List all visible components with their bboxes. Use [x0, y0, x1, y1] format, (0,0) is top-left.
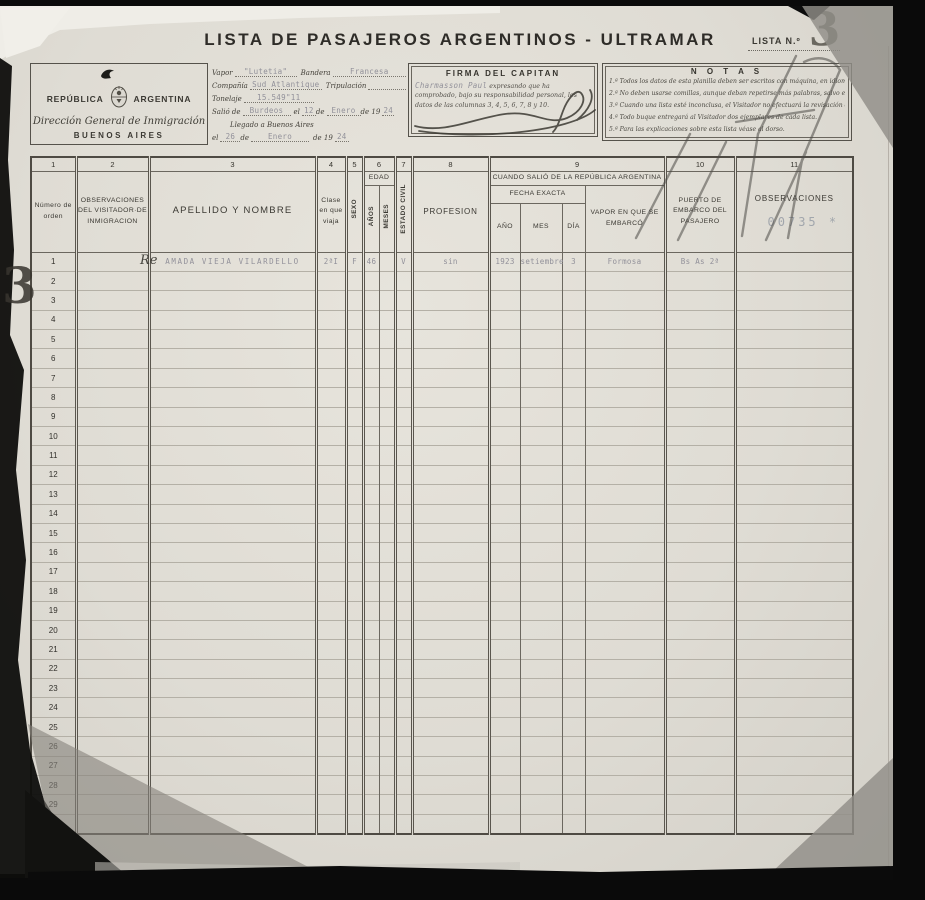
table-row: 23 [31, 679, 853, 698]
cell-visitador [76, 310, 149, 329]
cell-vapor [585, 795, 665, 814]
cell-clase [316, 543, 346, 562]
cell-ano [489, 659, 520, 678]
table-body: 1 Re AMADA VIEJA VILARDELLO 2ªI F 46 V s… [31, 252, 853, 834]
cell-clase [316, 427, 346, 446]
cell-nombre [149, 388, 316, 407]
cell-mes [520, 679, 562, 698]
header-profesion: PROFESION [412, 171, 489, 252]
cell-anos [363, 698, 379, 717]
cell-meses [379, 737, 395, 756]
cell-sexo [346, 543, 363, 562]
cell-nombre [149, 776, 316, 795]
cell-numero: 30 [31, 814, 76, 833]
cell-sexo: F [346, 252, 363, 271]
cell-dia [562, 368, 585, 387]
passenger-table: 1 2 3 4 5 6 7 8 9 10 11 Número de orden … [30, 156, 854, 835]
cell-anos [363, 368, 379, 387]
cell-nombre [149, 814, 316, 833]
cell-estado [395, 562, 412, 581]
cell-observaciones [735, 252, 853, 271]
cell-visitador [76, 465, 149, 484]
cell-ano [489, 679, 520, 698]
cell-estado [395, 620, 412, 639]
header-edad: EDAD [363, 171, 395, 185]
cell-profesion [412, 543, 489, 562]
cell-observaciones [735, 562, 853, 581]
cell-visitador [76, 698, 149, 717]
cell-numero: 24 [31, 698, 76, 717]
cell-meses [379, 795, 395, 814]
llegado-label: Llegado a Buenos Aires [230, 121, 316, 129]
cell-puerto [665, 388, 735, 407]
cell-visitador [76, 795, 149, 814]
notas-box: N O T A S 1.ª Todos los datos de esta pl… [602, 63, 852, 141]
cell-anos [363, 465, 379, 484]
cell-mes [520, 368, 562, 387]
cell-anos [363, 795, 379, 814]
cell-meses [379, 717, 395, 736]
col-number: 5 [346, 157, 363, 171]
cell-puerto [665, 330, 735, 349]
cell-meses [379, 407, 395, 426]
cell-observaciones [735, 271, 853, 290]
header-numero: Número de orden [31, 171, 76, 252]
cell-vapor [585, 679, 665, 698]
cell-clase [316, 485, 346, 504]
table-row: 8 [31, 388, 853, 407]
cell-clase [316, 737, 346, 756]
cell-numero: 10 [31, 427, 76, 446]
table-row: 3 [31, 291, 853, 310]
cell-puerto [665, 795, 735, 814]
cell-sexo [346, 310, 363, 329]
cell-vapor [585, 717, 665, 736]
cell-clase [316, 659, 346, 678]
cell-vapor [585, 388, 665, 407]
cell-vapor [585, 756, 665, 775]
table-row: 20 [31, 620, 853, 639]
cell-profesion [412, 562, 489, 581]
cell-nombre [149, 659, 316, 678]
cell-dia [562, 620, 585, 639]
cell-estado [395, 640, 412, 659]
cell-profesion [412, 737, 489, 756]
cell-anos [363, 310, 379, 329]
vapor-line: Vapor "Lutetia" Bandera Francesa [212, 64, 406, 77]
cell-sexo [346, 814, 363, 833]
cell-clase [316, 582, 346, 601]
cell-dia [562, 698, 585, 717]
cell-puerto [665, 465, 735, 484]
cell-sexo [346, 485, 363, 504]
cell-visitador [76, 427, 149, 446]
nota-line: 1.ª Todos los datos de esta planilla deb… [609, 76, 845, 88]
cell-clase [316, 271, 346, 290]
cell-puerto [665, 737, 735, 756]
cell-vapor [585, 330, 665, 349]
cell-clase [316, 717, 346, 736]
cell-puerto [665, 310, 735, 329]
salio-day-value: 12 [302, 106, 316, 116]
cell-mes [520, 562, 562, 581]
nota-line: 4.ª Todo buque entregará al Visitador do… [609, 112, 845, 124]
cell-meses [379, 776, 395, 795]
cell-meses [379, 698, 395, 717]
cell-visitador [76, 659, 149, 678]
table-row: 6 [31, 349, 853, 368]
cell-ano [489, 330, 520, 349]
cell-ano: 1923 [489, 252, 520, 271]
col-number: 2 [76, 157, 149, 171]
cell-sexo [346, 756, 363, 775]
argentina-coat-of-arms-icon [109, 86, 129, 112]
cell-profesion [412, 291, 489, 310]
compania-value: Sud Atlantique [250, 80, 322, 90]
cell-sexo [346, 465, 363, 484]
cell-observaciones [735, 465, 853, 484]
cell-mes [520, 776, 562, 795]
cell-meses [379, 349, 395, 368]
cell-mes [520, 543, 562, 562]
cell-observaciones [735, 388, 853, 407]
cell-sexo [346, 407, 363, 426]
table-row: 2 [31, 271, 853, 290]
cell-numero: 2 [31, 271, 76, 290]
cell-observaciones [735, 407, 853, 426]
cell-nombre [149, 368, 316, 387]
cell-estado [395, 523, 412, 542]
cell-visitador [76, 330, 149, 349]
cell-clase [316, 504, 346, 523]
cell-estado [395, 271, 412, 290]
cell-mes [520, 388, 562, 407]
nota-line: 2.ª No deben usarse comillas, aunque deb… [609, 88, 845, 100]
bandera-value: Francesa [333, 67, 406, 77]
cell-puerto [665, 504, 735, 523]
cell-observaciones [735, 543, 853, 562]
cell-estado [395, 698, 412, 717]
cell-nombre [149, 795, 316, 814]
header-cuando-salio: CUANDO SALIÓ DE LA REPÚBLICA ARGENTINA [489, 171, 665, 185]
cell-observaciones [735, 330, 853, 349]
cell-estado [395, 601, 412, 620]
header-estado-civil: ESTADO CIVIL [395, 171, 412, 252]
cell-dia [562, 388, 585, 407]
cell-puerto [665, 523, 735, 542]
salio-label: Salió de [212, 108, 243, 116]
table-row: 10 [31, 427, 853, 446]
cell-visitador [76, 349, 149, 368]
cell-estado [395, 291, 412, 310]
col-number: 11 [735, 157, 853, 171]
cell-vapor [585, 368, 665, 387]
cell-visitador: Re [76, 252, 149, 271]
cell-observaciones [735, 427, 853, 446]
cell-ano [489, 601, 520, 620]
cell-sexo [346, 737, 363, 756]
cell-nombre [149, 310, 316, 329]
cell-puerto [665, 562, 735, 581]
header-visitador: OBSERVACIONES DEL VISITADOR·DE INMIGRACI… [76, 171, 149, 252]
cell-dia [562, 601, 585, 620]
cell-anos [363, 330, 379, 349]
table-header: 1 2 3 4 5 6 7 8 9 10 11 Número de orden … [31, 157, 853, 252]
cell-sexo [346, 640, 363, 659]
cell-puerto [665, 659, 735, 678]
cell-sexo [346, 582, 363, 601]
cell-ano [489, 795, 520, 814]
cell-anos [363, 427, 379, 446]
cell-nombre [149, 582, 316, 601]
cell-dia [562, 465, 585, 484]
cell-visitador [76, 640, 149, 659]
cell-estado [395, 368, 412, 387]
cell-vapor: Formosa [585, 252, 665, 271]
cell-mes [520, 523, 562, 542]
cell-profesion [412, 601, 489, 620]
header-dia: DÍA [562, 203, 585, 252]
cell-numero: 29 [31, 795, 76, 814]
cell-anos: 46 [363, 252, 379, 271]
cell-dia [562, 562, 585, 581]
cell-visitador [76, 504, 149, 523]
cell-vapor [585, 776, 665, 795]
cell-estado [395, 795, 412, 814]
table-row: 26 [31, 737, 853, 756]
scanned-sheet: LISTA DE PASAJEROS ARGENTINOS - ULTRAMAR… [0, 6, 893, 874]
llegado-de19-label: de 19 [309, 134, 335, 142]
cell-profesion [412, 717, 489, 736]
cell-mes [520, 407, 562, 426]
cell-nombre [149, 485, 316, 504]
cell-observaciones [735, 349, 853, 368]
cell-clase [316, 368, 346, 387]
cell-visitador [76, 368, 149, 387]
cell-sexo [346, 368, 363, 387]
table-row: 12 [31, 465, 853, 484]
cell-estado [395, 330, 412, 349]
cell-nombre [149, 756, 316, 775]
llegado-date-line: el 26 de Enero de 19 24 [212, 129, 406, 142]
cell-visitador [76, 407, 149, 426]
cell-profesion [412, 523, 489, 542]
cell-mes [520, 330, 562, 349]
table-row: 16 [31, 543, 853, 562]
cell-dia [562, 310, 585, 329]
vapor-value: "Lutetia" [235, 67, 297, 77]
department-label: Dirección General de Inmigración [31, 116, 207, 127]
table-row: 19 [31, 601, 853, 620]
cell-nombre [149, 465, 316, 484]
cell-dia [562, 407, 585, 426]
cell-numero: 8 [31, 388, 76, 407]
cell-numero: 1 [31, 252, 76, 271]
llegado-day-value: 26 [220, 132, 240, 142]
cell-sexo [346, 446, 363, 465]
cell-dia [562, 271, 585, 290]
cell-numero: 27 [31, 756, 76, 775]
table-row: 18 [31, 582, 853, 601]
cell-mes [520, 504, 562, 523]
cell-visitador [76, 737, 149, 756]
cell-nombre [149, 543, 316, 562]
table-row: 29 [31, 795, 853, 814]
cell-meses [379, 814, 395, 833]
cell-ano [489, 543, 520, 562]
cell-dia: 3 [562, 252, 585, 271]
col-number: 9 [489, 157, 665, 171]
cell-observaciones [735, 737, 853, 756]
cell-mes [520, 446, 562, 465]
tonelaje-line: Tonelaje 15.549"11 [212, 90, 406, 103]
cell-nombre [149, 679, 316, 698]
cell-visitador [76, 271, 149, 290]
table-row: 11 [31, 446, 853, 465]
notas-title: N O T A S [609, 67, 845, 76]
cell-meses [379, 446, 395, 465]
cell-dia [562, 485, 585, 504]
cell-estado [395, 388, 412, 407]
cell-profesion [412, 679, 489, 698]
cell-puerto [665, 446, 735, 465]
tripulacion-label: Tripulación [322, 82, 369, 90]
cell-estado [395, 407, 412, 426]
cell-mes [520, 756, 562, 775]
cell-dia [562, 349, 585, 368]
cell-clase [316, 291, 346, 310]
cell-meses [379, 582, 395, 601]
cell-visitador [76, 601, 149, 620]
cell-puerto [665, 368, 735, 387]
cell-ano [489, 465, 520, 484]
header-apellido: APELLIDO Y NOMBRE [149, 171, 316, 252]
cell-nombre [149, 504, 316, 523]
table-row: 25 [31, 717, 853, 736]
header-vapor-embarco: VAPOR EN QUE SE EMBARCÓ [585, 185, 665, 252]
cell-ano [489, 368, 520, 387]
captain-box-title: FIRMA DEL CAPITAN [409, 69, 597, 78]
cell-dia [562, 427, 585, 446]
cell-mes [520, 640, 562, 659]
table-row: 15 [31, 523, 853, 542]
cell-clase [316, 562, 346, 581]
compania-line: Compañía Sud Atlantique Tripulación [212, 77, 406, 90]
cell-ano [489, 446, 520, 465]
cell-observaciones [735, 795, 853, 814]
cell-profesion [412, 349, 489, 368]
cell-vapor [585, 407, 665, 426]
cell-ano [489, 776, 520, 795]
cell-puerto [665, 601, 735, 620]
cell-numero: 26 [31, 737, 76, 756]
cell-estado [395, 776, 412, 795]
cell-meses [379, 679, 395, 698]
cell-nombre [149, 446, 316, 465]
cell-meses [379, 330, 395, 349]
cell-nombre [149, 427, 316, 446]
cell-sexo [346, 388, 363, 407]
cell-anos [363, 814, 379, 833]
cell-visitador [76, 388, 149, 407]
cell-dia [562, 756, 585, 775]
table-row: 13 [31, 485, 853, 504]
cell-meses [379, 601, 395, 620]
cell-vapor [585, 310, 665, 329]
republic-label-right: ARGENTINA [134, 94, 192, 104]
cell-profesion [412, 407, 489, 426]
cell-ano [489, 814, 520, 833]
cell-visitador [76, 582, 149, 601]
cell-vapor [585, 640, 665, 659]
compania-label: Compañía [212, 82, 250, 90]
cell-numero: 20 [31, 620, 76, 639]
cell-anos [363, 388, 379, 407]
cell-meses [379, 523, 395, 542]
header-puerto: PUERTO DE EMBARCO DEL PASAJERO [665, 171, 735, 252]
margin-list-stamp: 3 [2, 256, 37, 315]
cell-observaciones [735, 679, 853, 698]
cell-numero: 23 [31, 679, 76, 698]
cell-numero: 3 [31, 291, 76, 310]
nota-line: 3.ª Cuando una lista esté inconclusa, el… [609, 100, 845, 112]
captain-signature-icon [409, 86, 599, 138]
table-row: 22 [31, 659, 853, 678]
cell-sexo [346, 679, 363, 698]
cell-dia [562, 543, 585, 562]
cell-ano [489, 562, 520, 581]
cell-dia [562, 679, 585, 698]
cell-profesion [412, 620, 489, 639]
cell-profesion [412, 446, 489, 465]
table-row: 14 [31, 504, 853, 523]
cell-ano [489, 427, 520, 446]
header-fecha-exacta: FECHA EXACTA [489, 185, 585, 203]
cell-anos [363, 271, 379, 290]
cell-puerto: Bs As 2ª [665, 252, 735, 271]
cell-mes [520, 427, 562, 446]
cell-puerto [665, 698, 735, 717]
cell-anos [363, 291, 379, 310]
cell-vapor [585, 659, 665, 678]
cell-mes [520, 582, 562, 601]
cell-meses [379, 562, 395, 581]
cell-nombre [149, 640, 316, 659]
cell-estado [395, 485, 412, 504]
cell-estado [395, 659, 412, 678]
cell-anos [363, 543, 379, 562]
city-label: BUENOS AIRES [31, 131, 207, 140]
cell-anos [363, 407, 379, 426]
cell-sexo [346, 562, 363, 581]
ship-details-form: Vapor "Lutetia" Bandera Francesa Compañí… [212, 64, 406, 142]
cell-meses [379, 291, 395, 310]
cell-sexo [346, 776, 363, 795]
cell-mes [520, 465, 562, 484]
cell-anos [363, 659, 379, 678]
tonelaje-value: 15.549"11 [244, 93, 314, 103]
cell-visitador [76, 814, 149, 833]
cell-vapor [585, 543, 665, 562]
cell-estado [395, 446, 412, 465]
llegado-de-label: de [240, 134, 251, 142]
cell-visitador [76, 756, 149, 775]
cell-puerto [665, 640, 735, 659]
cell-anos [363, 737, 379, 756]
cell-visitador [76, 446, 149, 465]
salio-de19-label: de 19 [361, 108, 383, 116]
cell-ano [489, 349, 520, 368]
